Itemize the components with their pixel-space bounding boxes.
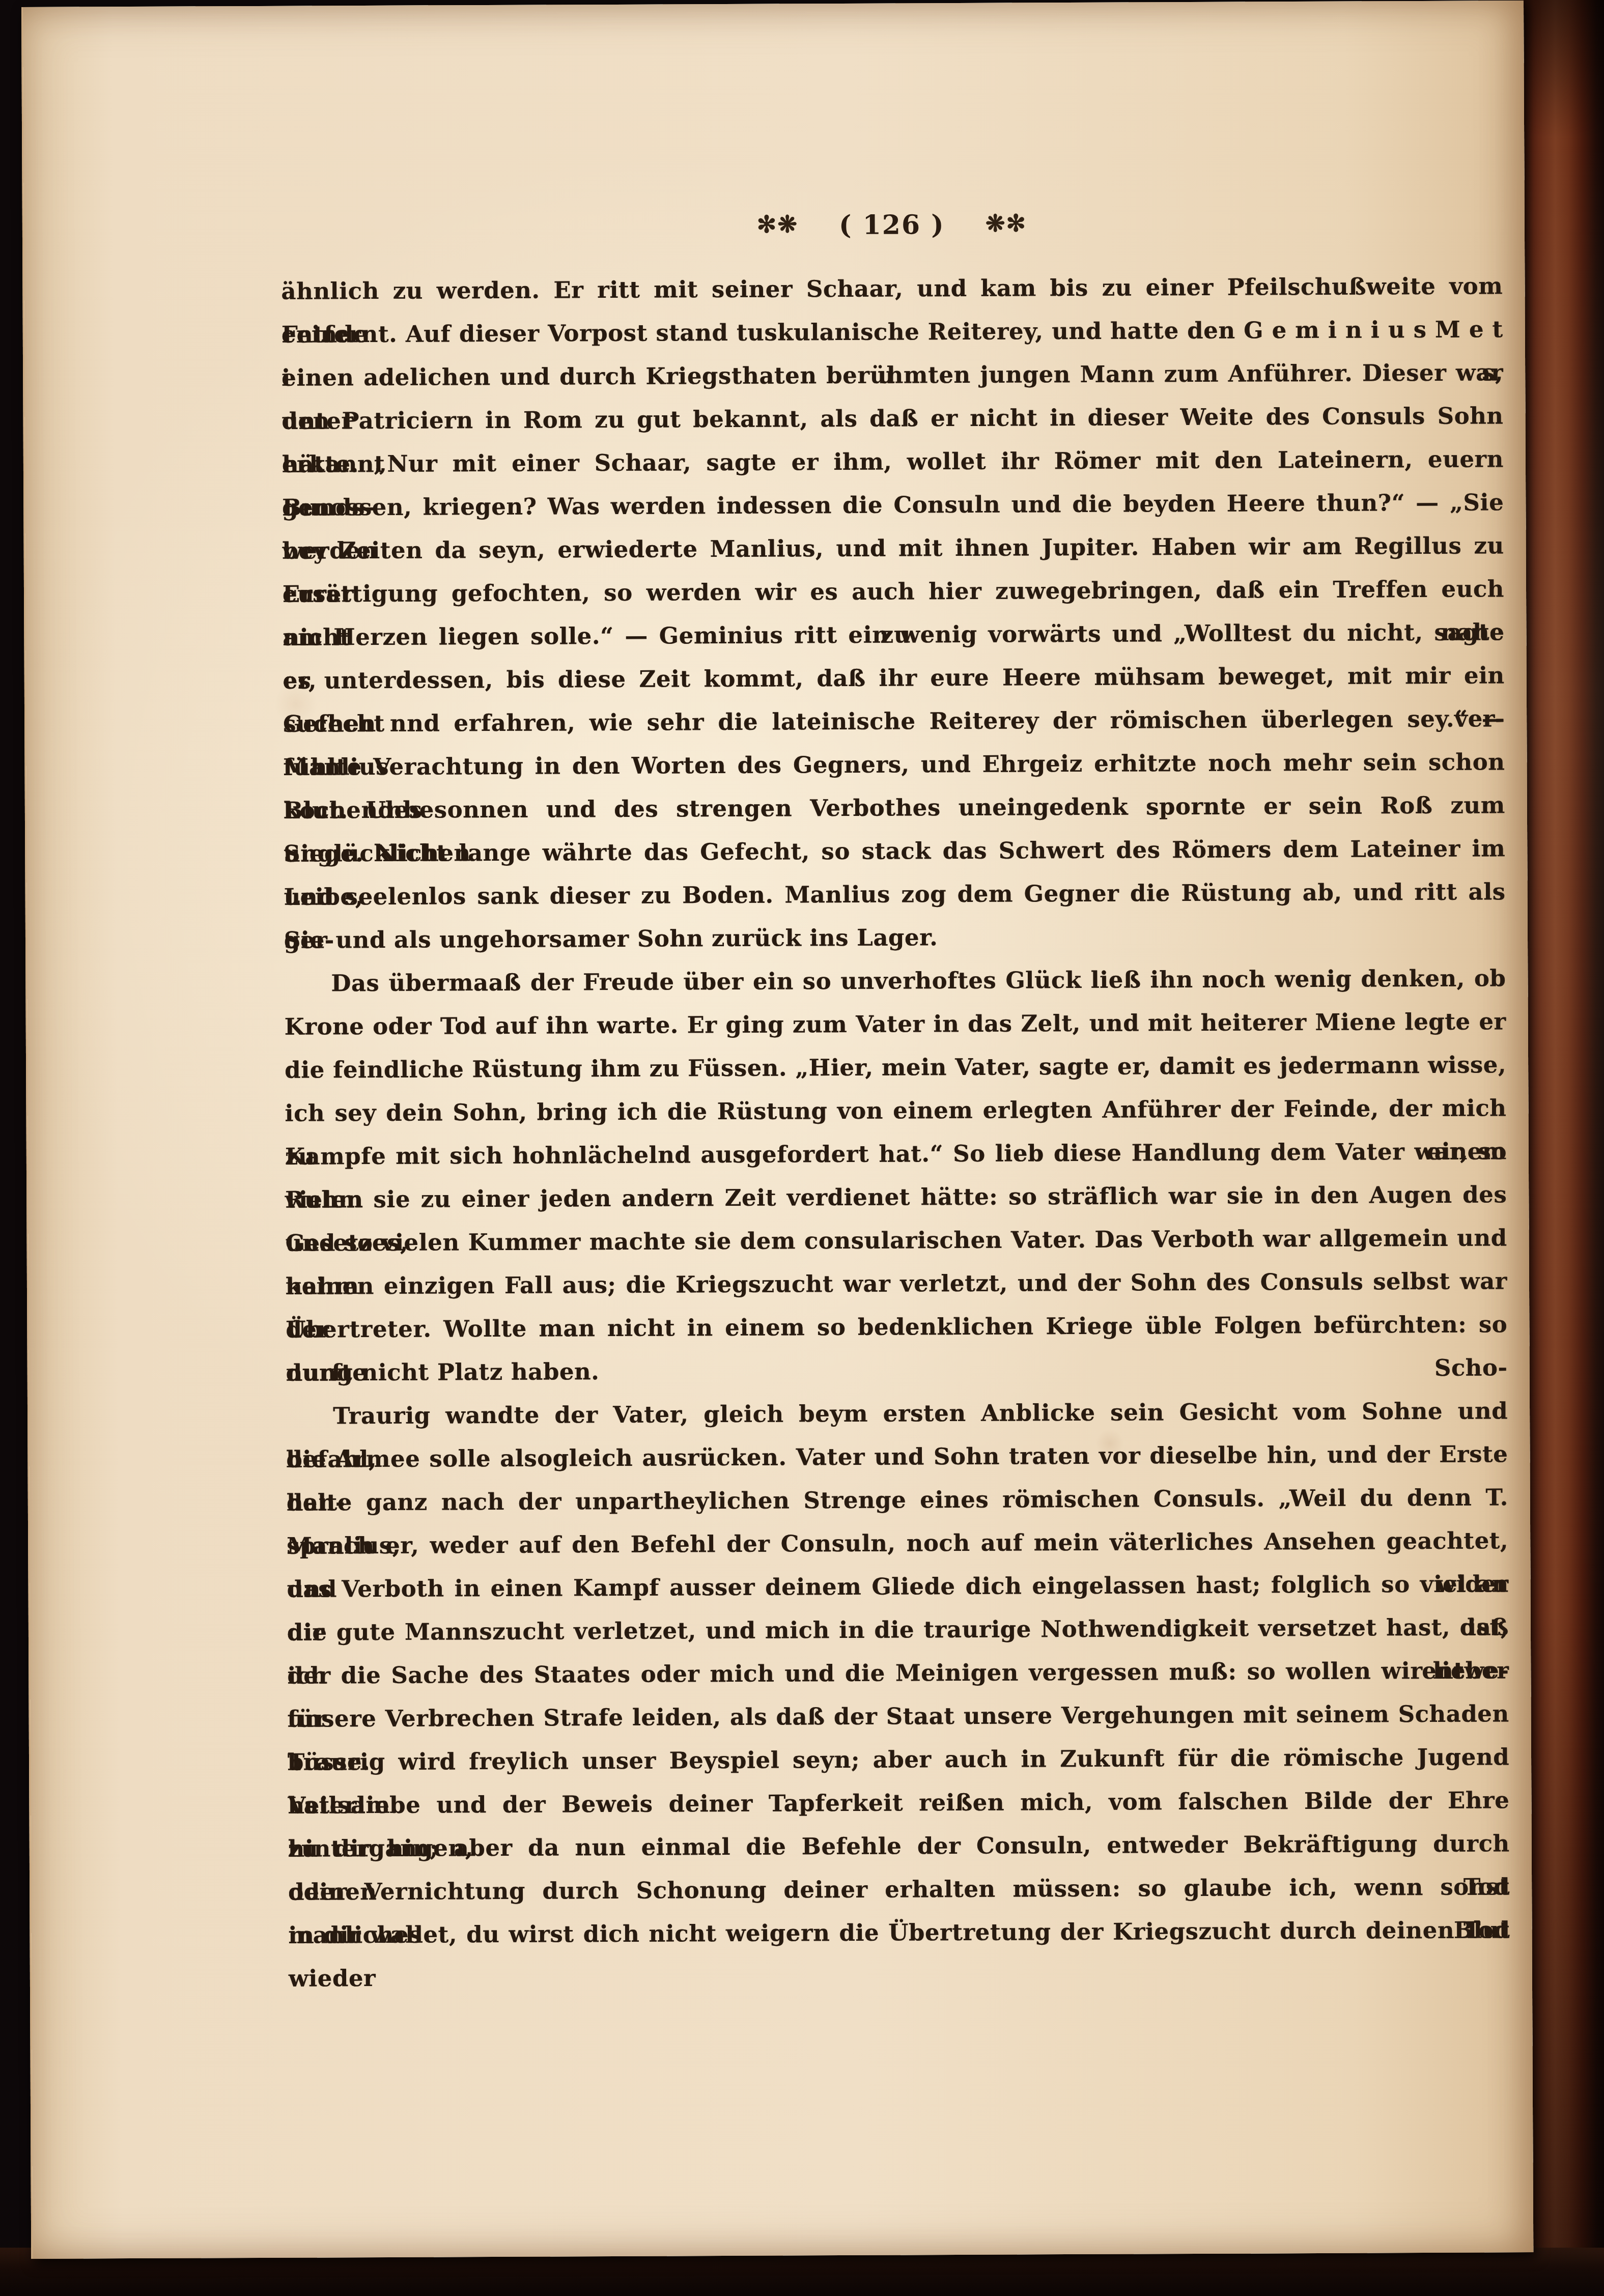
text-line: sprach er, weder auf den Befehl der Cons… xyxy=(287,1519,1508,1567)
text-line: den Patriciern in Rom zu gut bekannt, al… xyxy=(282,394,1503,442)
page-header: ✻❋( 126 )❋✻ xyxy=(281,207,1503,243)
text-line: ähnlich zu werden. Er ritt mit seiner Sc… xyxy=(281,264,1503,313)
text-line: Traurig wird freylich unser Beyspiel sey… xyxy=(288,1735,1509,1783)
text-line: bey Zeiten da seyn, erwiederte Manlius, … xyxy=(282,524,1504,572)
text-line: genossen, kriegen? Was werden indessen d… xyxy=(282,480,1504,529)
text-line: Kampfe mit sich hohnlächelnd ausgeforder… xyxy=(285,1129,1507,1178)
text-line: Traurig wandte der Vater, gleich beym er… xyxy=(286,1389,1508,1437)
text-line: der die Sache des Staates oder mich und … xyxy=(287,1649,1509,1697)
scanned-book-page: { "page": { "header": { "left_ornament":… xyxy=(0,0,1604,2296)
text-line: fühlte Verachtung in den Worten des Gegn… xyxy=(283,740,1505,788)
right-fleuron-ornament-icon: ❋✻ xyxy=(986,209,1027,237)
text-line: ich sey dein Sohn, bring ich die Rüstung… xyxy=(285,1086,1506,1135)
text-line: Das übermaaß der Freude über ein so unve… xyxy=(284,956,1506,1005)
text-line: Übertreter. Wollte man nicht in einem so… xyxy=(286,1302,1507,1351)
text-line: Vaterliebe und der Beweis deiner Tapferk… xyxy=(288,1778,1509,1827)
text-line: entfernt. Auf dieser Vorpost stand tusku… xyxy=(282,307,1503,356)
text-line: suchen nnd erfahren, wie sehr die latein… xyxy=(283,697,1505,745)
text-block: ähnlich zu werden. Er ritt mit seiner Sc… xyxy=(281,264,1510,1957)
text-line: oder Vernichtung durch Schonung deiner e… xyxy=(288,1865,1510,1913)
text-line: und so vielen Kummer machte sie dem cons… xyxy=(285,1216,1507,1264)
left-fleuron-ornament-icon: ✻❋ xyxy=(757,210,798,238)
text-line: unsere Verbrechen Strafe leiden, als daß… xyxy=(287,1692,1509,1740)
text-line: das Verboth in einen Kampf ausser deinem… xyxy=(287,1562,1508,1610)
text-line: die gute Mannszucht verletzet, und mich … xyxy=(287,1605,1509,1654)
text-line: keinen einzigen Fall aus; die Kriegszuch… xyxy=(286,1259,1507,1308)
page-sheet: ✻❋( 126 )❋✻ ähnlich zu werden. Er ritt m… xyxy=(21,1,1533,2259)
text-line: hätte. „Nur mit einer Schaar, sagte er i… xyxy=(282,437,1504,486)
text-line: die feindliche Rüstung ihm zu Füssen. „H… xyxy=(285,1043,1506,1091)
text-line: am Herzen liegen solle.“ — Geminius ritt… xyxy=(283,610,1504,659)
book-fore-edge xyxy=(1520,0,1604,2296)
page-number: ( 126 ) xyxy=(839,209,945,241)
text-line: Krone oder Tod auf ihn warte. Er ging zu… xyxy=(285,1000,1506,1048)
text-line: zu dir hin; aber da nun einmal die Befeh… xyxy=(288,1822,1510,1870)
text-line: Blut. Unbesonnen und des strengen Verbot… xyxy=(284,783,1505,832)
text-line: in dir wallet, du wirst dich nicht weige… xyxy=(288,1908,1510,1957)
text-line: ger und als ungehorsamer Sohn zurück ins… xyxy=(284,913,1506,961)
text-line: und seelenlos sank dieser zu Boden. Manl… xyxy=(284,870,1505,918)
text-line: Ersättigung gefochten, so werden wir es … xyxy=(283,567,1504,615)
text-line: es unterdessen, bis diese Zeit kommt, da… xyxy=(283,654,1505,702)
text-line: Siege. Nicht lange währte das Gefecht, s… xyxy=(284,827,1505,875)
text-line: einen adelichen und durch Kriegsthaten b… xyxy=(282,351,1503,399)
text-line: die Armee solle alsogleich ausrücken. Va… xyxy=(286,1432,1508,1481)
text-line: Ruhm sie zu einer jeden andern Zeit verd… xyxy=(285,1173,1507,1221)
text-line: delte ganz nach der unpartheylichen Stre… xyxy=(287,1476,1508,1524)
